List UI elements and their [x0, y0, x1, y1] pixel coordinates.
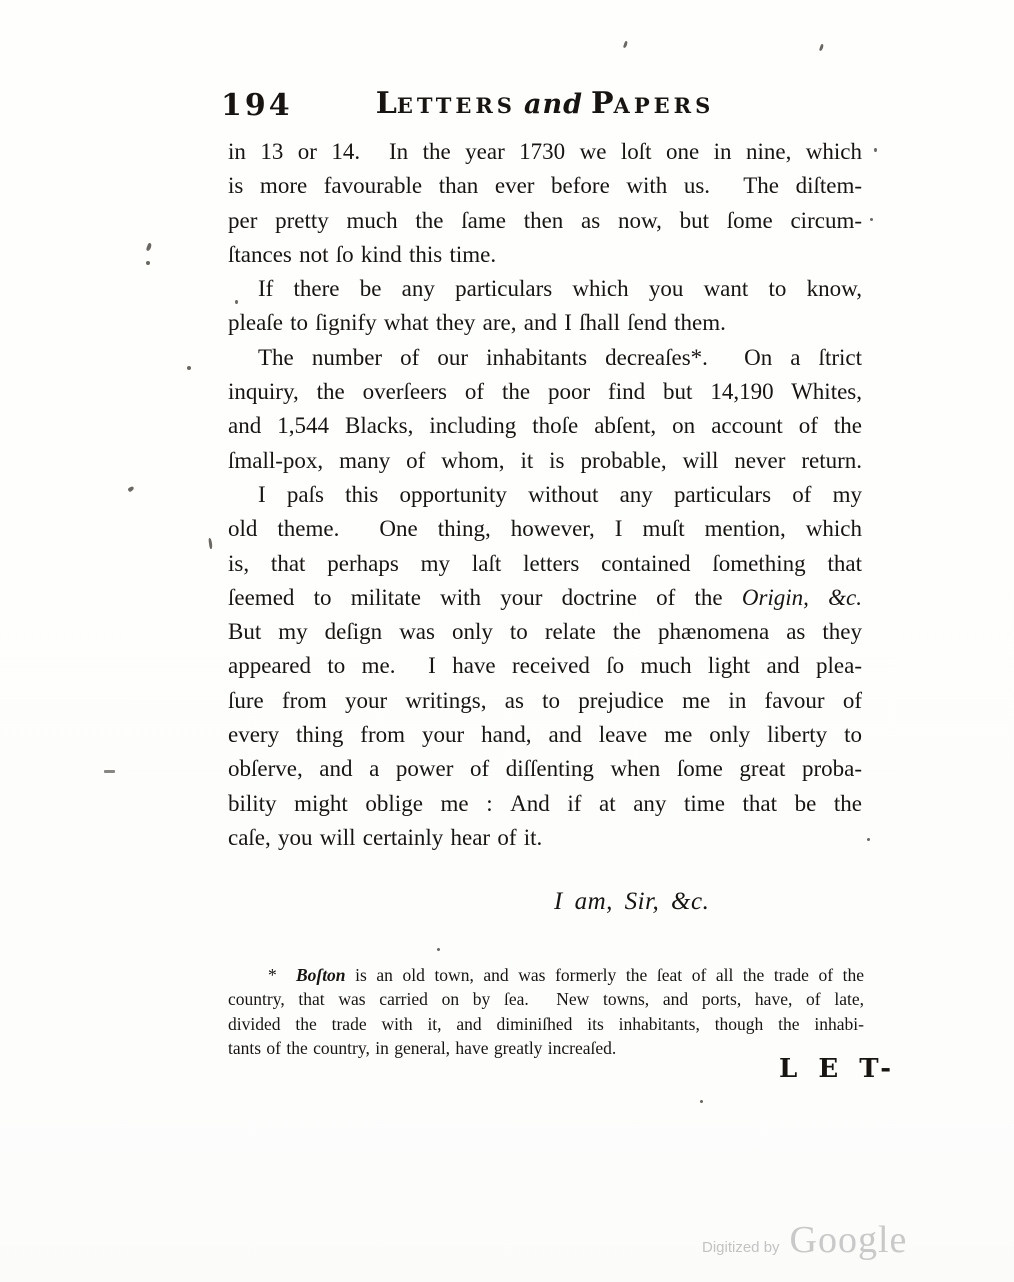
- scan-speck: [208, 538, 213, 549]
- scan-speck: [700, 1100, 703, 1103]
- header-smallcaps-apers: APERS: [614, 93, 715, 118]
- scan-speck: [146, 261, 150, 265]
- scan-speck: [187, 366, 191, 370]
- text-line: and 1,544 Blacks, including thoſe abſent…: [228, 409, 862, 443]
- footnote-line: divided the trade with it, and diminiſhe…: [228, 1012, 864, 1036]
- text-line: ſtances not ſo kind this time.: [228, 238, 862, 272]
- footnote-line: * Boſton is an old town, and was formerl…: [228, 963, 864, 987]
- scan-speck: [235, 300, 238, 304]
- text-line: inquiry, the overſeers of the poor find …: [228, 375, 862, 409]
- text-line: caſe, you will certainly hear of it.: [228, 821, 862, 855]
- scan-speck: [437, 948, 440, 951]
- text-line: is more favourable than ever before with…: [228, 169, 862, 203]
- text-line: every thing from your hand, and leave me…: [228, 718, 862, 752]
- text-line: obſerve, and a power of diſſenting when …: [228, 752, 862, 786]
- header-initial-p: P: [591, 86, 614, 121]
- digitization-watermark: Digitized by Google: [702, 1218, 907, 1262]
- letter-signature: I am, Sir, &c.: [554, 888, 709, 916]
- text-line: If there be any particulars which you wa…: [228, 272, 862, 306]
- footnote: * Boſton is an old town, and was formerl…: [228, 963, 864, 1061]
- text-line: per pretty much the ſame then as now, bu…: [228, 204, 862, 238]
- google-logo: Google: [790, 1218, 908, 1262]
- text-line: appeared to me. I have received ſo much …: [228, 649, 862, 683]
- text-line: bility might oblige me : And if at any t…: [228, 787, 862, 821]
- scan-speck: [874, 148, 877, 152]
- text-line: pleaſe to ſignify what they are, and I ſ…: [228, 306, 862, 340]
- text-line: in 13 or 14. In the year 1730 we loſt on…: [228, 135, 862, 169]
- text-line: The number of our inhabitants decreaſes*…: [228, 341, 862, 375]
- footnote-line: tants of the country, in general, have g…: [228, 1036, 864, 1060]
- scanned-book-page: 194 LETTERSandPAPERS in 13 or 14. In the…: [0, 0, 1014, 1282]
- text-line: I paſs this opportunity without any part…: [228, 478, 862, 512]
- scan-speck: [127, 486, 134, 493]
- scan-speck: [104, 770, 115, 773]
- scan-speck: [146, 243, 152, 252]
- footnote-line: country, that was carried on by ſea. New…: [228, 987, 864, 1011]
- footnote-asterisk: *: [268, 965, 296, 985]
- running-header: LETTERSandPAPERS: [228, 86, 862, 121]
- footnote-place-name: Boſton: [296, 965, 346, 985]
- scan-speck: [870, 218, 873, 221]
- scan-speck: [819, 44, 824, 52]
- scan-speck: [623, 41, 628, 49]
- letter-body: in 13 or 14. In the year 1730 we loſt on…: [228, 135, 862, 855]
- text-line: ſmall-pox, many of whom, it is probable,…: [228, 444, 862, 478]
- text-line: old theme. One thing, however, I muſt me…: [228, 512, 862, 546]
- header-initial-l: L: [376, 86, 397, 121]
- header-conjunction: and: [516, 89, 591, 120]
- text-line: But my deſign was only to relate the phæ…: [228, 615, 862, 649]
- scan-speck: [867, 838, 870, 841]
- text-line: ſeemed to militate with your doctrine of…: [228, 581, 862, 615]
- text-line: ſure from your writings, as to prejudice…: [228, 684, 862, 718]
- watermark-prefix: Digitized by: [702, 1239, 780, 1256]
- catchword: L E T-: [779, 1054, 897, 1084]
- italic-phrase: Origin, &c.: [742, 585, 862, 610]
- text-line: is, that perhaps my laſt letters contain…: [228, 547, 862, 581]
- header-smallcaps-etters: ETTERS: [397, 93, 516, 118]
